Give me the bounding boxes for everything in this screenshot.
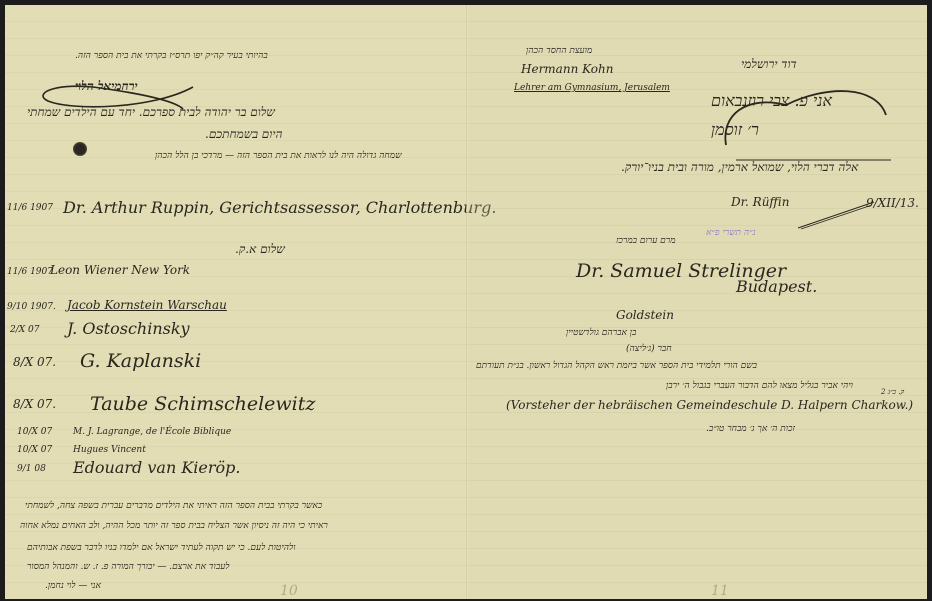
- entry-date: 8/X 07.: [13, 397, 56, 411]
- entry-date: 11/6 1907: [7, 267, 53, 277]
- entry-subtitle: Lehrer am Gymnasium, Jerusalem: [514, 83, 670, 93]
- entry-text: שלום א.ק.: [235, 242, 285, 257]
- signature-flourish-icon: [716, 75, 896, 165]
- binding-hole: [73, 142, 87, 156]
- entry-text: זכות ה׳ אך ג׳ מבחר טו״ב.: [706, 423, 795, 434]
- arrow-line-icon: [796, 200, 876, 230]
- footer-line: ולהיטות לעם. כי יש תקוה לעתיד ישראל אם י…: [27, 542, 296, 553]
- entry-annotation: 2 ק. כ״ג: [881, 388, 904, 396]
- entry-text: Hugues Vincent: [73, 445, 146, 455]
- entry-text: חבר (ג׳ליצה): [626, 343, 672, 354]
- book-spread: בהיותי בעיר קה״ק יפו תרס״ז בקרתי את בית …: [5, 5, 927, 599]
- entry-date: 2/X 07: [10, 325, 39, 335]
- entry-text: G. Kaplanski: [80, 350, 201, 372]
- right-page: מועצת החסד הכהן Hermann Kohn Lehrer am G…: [466, 5, 927, 599]
- hebrew-entry-line1: שלום בר יהודה לבית ספרכם. יחד עם הילדים …: [27, 105, 275, 120]
- entry-date: 9/10 1907.: [7, 302, 56, 312]
- footer-line: כאשר בקרתי בבית הספר הזה ראיתי את הילדים…: [25, 500, 322, 511]
- entry-date: 8/X 07.: [13, 355, 56, 369]
- page-number: 10: [280, 583, 298, 599]
- entry-place: Budapest.: [736, 277, 817, 296]
- entry-text: Jacob Kornstein Warschau: [67, 298, 227, 312]
- entry-text: M. J. Lagrange, de l'École Biblique: [73, 427, 231, 437]
- entry-text: Edouard van Kieröp.: [73, 458, 241, 477]
- footer-line: לעבוד את ארצם. — יבורך המורה פ. ז. ש. וה…: [27, 561, 230, 572]
- entry-text: ויהי אביר בגליל מצאו להם הדבור העברי בגב…: [666, 380, 853, 391]
- hebrew-entry-line2: היום בשמחתכם.: [205, 127, 283, 142]
- entry-text: אלה דברי הלוי, שמואל ארמין, מורה ובית בנ…: [621, 160, 858, 175]
- entry-date: 9/1 08: [17, 464, 46, 474]
- hebrew-entry-line3: שמחה גדולה היה לנו לראות את בית הספר הזה…: [155, 150, 401, 161]
- entry-date: 11/6 1907: [7, 203, 53, 213]
- entry-date: 10/X 07: [17, 427, 52, 437]
- entry-text: Leon Wiener New York: [50, 263, 190, 277]
- header-note: בהיותי בעיר קה״ק יפו תרס״ז בקרתי את בית …: [75, 50, 268, 61]
- entry-text: בן אברהם גולדשטיין: [566, 327, 636, 338]
- entry-signature: Goldstein: [616, 308, 674, 322]
- entry-text: (Vorsteher der hebräischen Gemeindeschul…: [506, 398, 913, 412]
- entry-text: בשם הורי תלמידי בית הספר אשר ביזמת ראש ה…: [476, 360, 757, 371]
- annotation-purple: נ״ה תשרי פ״א: [706, 227, 756, 238]
- footer-line: אני — לוי נחמן.: [45, 580, 101, 591]
- footer-line: ראיתי כי היה זה ניסיון אשר הצליח בבית ספ…: [20, 520, 328, 531]
- entry-date: 10/X 07: [17, 445, 52, 455]
- entry-text: Dr. Rüffin: [731, 195, 790, 209]
- entry-text: מרם ערום במרכז: [616, 235, 676, 246]
- entry-signature: Hermann Kohn: [521, 62, 613, 76]
- entry-text: Dr. Arthur Ruppin, Gerichtsassessor, Cha…: [63, 198, 496, 217]
- entry-text: דוד ירושלמי: [741, 57, 797, 72]
- left-page: בהיותי בעיר קה״ק יפו תרס״ז בקרתי את בית …: [5, 5, 466, 599]
- entry-text: Taube Schimschelewitz: [90, 393, 315, 415]
- entry-text: J. Ostoschinsky: [67, 319, 190, 338]
- entry-text: מועצת החסד הכהן: [526, 45, 592, 56]
- page-number: 11: [711, 583, 729, 599]
